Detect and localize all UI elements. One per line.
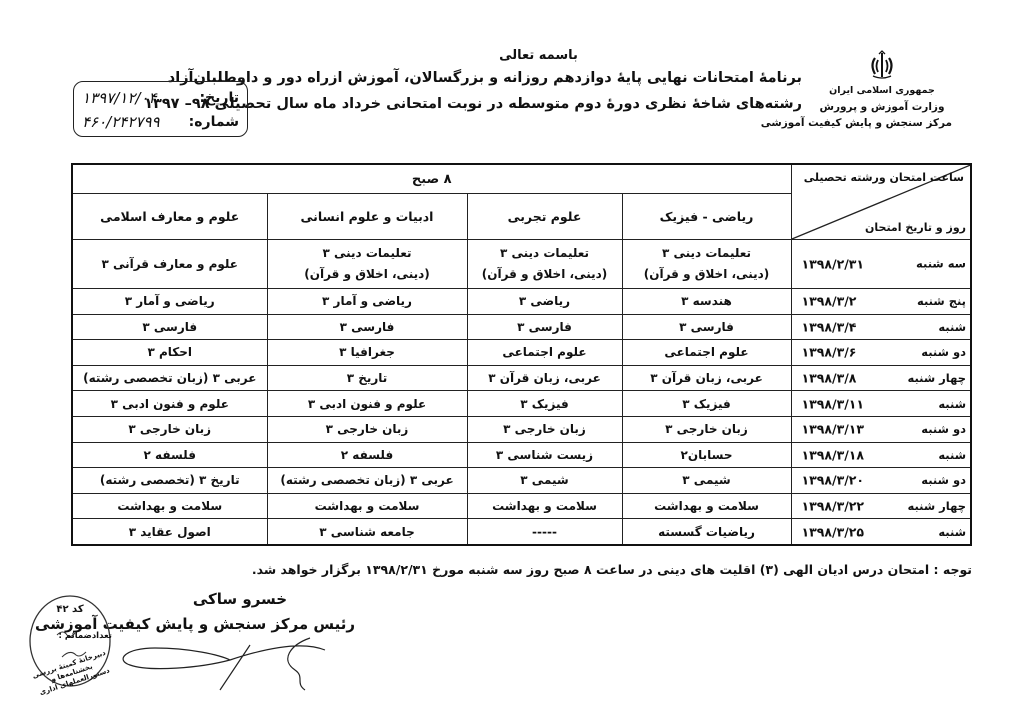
signature-scribble-icon [110,620,330,695]
date-value: ۱۳۹۷/۱۲/۰۴ [82,89,157,107]
iran-emblem-icon [869,50,895,80]
day-date-cell: دو شنبه ۱۳۹۸/۳/۱۳ [791,416,971,442]
number-value: ۴۶۰/۲۴۲۷۹۹ [82,113,160,131]
exam-day: شنبه [938,320,966,334]
table-row: شنبه ۱۳۹۸/۳/۴ فارسی ۳ فارسی ۳ فارسی ۳ فا… [72,314,971,340]
exam-day: دو شنبه [921,345,966,359]
day-date-cell: دو شنبه ۱۳۹۸/۳/۶ [791,340,971,366]
table-row: چهار شنبه ۱۳۹۸/۳/۲۲ سلامت و بهداشت سلامت… [72,493,971,519]
time-header: ۸ صبح [72,164,791,194]
exam-subject: اصول عقاید ۳ [72,519,267,545]
corner-header-bottom: روز و تاریخ امتحان [865,221,966,234]
column-header-humanities: ادبیات و علوم انسانی [267,194,467,240]
exam-subject: فیزیک ۳ [622,391,791,417]
exam-subject: فلسفه ۲ [267,442,467,468]
exam-subject: زبان خارجی ۳ [467,416,622,442]
exam-subject: علوم و فنون ادبی ۳ [267,391,467,417]
exam-subject: شیمی ۳ [467,468,622,494]
day-date-cell: دو شنبه ۱۳۹۸/۳/۲۰ [791,468,971,494]
table-row: دو شنبه ۱۳۹۸/۳/۶ علوم اجتماعی علوم اجتما… [72,340,971,366]
reference-box: تاریخ: ۱۳۹۷/۱۲/۰۴ شماره: ۴۶۰/۲۴۲۷۹۹ [73,81,248,137]
country-name: جمهوری اسلامی ایران [812,83,952,99]
number-label: شماره: [189,114,239,130]
day-date-cell: سه شنبه ۱۳۹۸/۲/۳۱ [791,240,971,289]
exam-subject: زیست شناسی ۳ [467,442,622,468]
exam-subject: ----- [467,519,622,545]
column-header-islamic-studies: علوم و معارف اسلامی [72,194,267,240]
exam-day: چهار شنبه [908,371,967,385]
exam-date: ۱۳۹۸/۳/۸ [802,371,857,386]
exam-subject: فارسی ۳ [72,314,267,340]
exam-day: شنبه [938,397,966,411]
exam-subject: عربی، زبان قرآن ۳ [622,365,791,391]
exam-subject: فلسفه ۲ [72,442,267,468]
day-date-cell: شنبه ۱۳۹۸/۳/۱۱ [791,391,971,417]
exam-subject: ریاضی و آمار ۳ [72,289,267,315]
exam-subject: حسابان۲ [622,442,791,468]
exam-date: ۱۳۹۸/۳/۲ [802,294,857,309]
exam-subject: علوم و معارف قرآنی ۳ [72,240,267,289]
exam-subject: سلامت و بهداشت [467,493,622,519]
exam-day: دو شنبه [921,473,966,487]
exam-date: ۱۳۹۸/۲/۳۱ [802,254,865,275]
exam-subject: جغرافیا ۳ [267,340,467,366]
exam-subject: هندسه ۳ [622,289,791,315]
ministry-emblem-block: جمهوری اسلامی ایران وزارت آموزش و پرورش … [812,50,952,131]
exam-subject: عربی ۳ (زبان تخصصی رشته) [267,468,467,494]
exam-date: ۱۳۹۸/۳/۲۵ [802,524,865,539]
exam-subject: زبان خارجی ۳ [622,416,791,442]
exam-subject: ریاضی و آمار ۳ [267,289,467,315]
table-row: سه شنبه ۱۳۹۸/۲/۳۱ تعلیمات دینی ۳(دینی، ا… [72,240,971,289]
exam-subject: احکام ۳ [72,340,267,366]
exam-subject: تاریخ ۳ (تخصصی رشته) [72,468,267,494]
exam-subject: زبان خارجی ۳ [72,416,267,442]
exam-subject: ریاضی ۳ [467,289,622,315]
stamp-code: کد ۴۲ [40,604,100,615]
document-title-line-1: برنامهٔ امتحانات نهایی پایهٔ دوازدهم روز… [262,70,802,86]
document-title-line-2: رشته‌های شاخهٔ نظری دورهٔ دوم متوسطه در … [262,96,802,112]
exam-subject: زبان خارجی ۳ [267,416,467,442]
exam-subject: جامعه شناسی ۳ [267,519,467,545]
exam-subject: شیمی ۳ [622,468,791,494]
exam-schedule-table: ساعت امتحان ورشته تحصیلی روز و تاریخ امت… [73,163,972,552]
exam-subject: سلامت و بهداشت [622,493,791,519]
corner-header-top: ساعت امتحان ورشته تحصیلی [804,171,964,184]
exam-day: چهار شنبه [908,499,967,513]
center-name: مرکز سنجش و پایش کیفیت آموزشی [812,115,952,131]
exam-subject: ریاضیات گسسته [622,519,791,545]
exam-subject: تعلیمات دینی ۳(دینی، اخلاق و قرآن) [267,240,467,289]
exam-day: دو شنبه [921,422,966,436]
exam-subject: عربی، زبان قرآن ۳ [467,365,622,391]
exam-subject: علوم و فنون ادبی ۳ [72,391,267,417]
exam-subject: علوم اجتماعی [467,340,622,366]
exam-day: پنج شنبه [917,294,966,308]
table-row: شنبه ۱۳۹۸/۳/۱۸ حسابان۲ زیست شناسی ۳ فلسف… [72,442,971,468]
exam-date: ۱۳۹۸/۳/۶ [802,345,857,360]
exam-subject: عربی ۳ (زبان تخصصی رشته) [72,365,267,391]
day-date-cell: شنبه ۱۳۹۸/۳/۲۵ [791,519,971,545]
exam-subject: فارسی ۳ [267,314,467,340]
column-header-math-physics: ریاضی - فیزیک [622,194,791,240]
exam-day: سه شنبه [916,254,966,275]
exam-date: ۱۳۹۸/۳/۱۳ [802,422,865,437]
exam-date: ۱۳۹۸/۳/۴ [802,319,857,334]
signatory-name: خسرو ساکی [170,590,310,608]
exam-subject: سلامت و بهداشت [267,493,467,519]
day-date-cell: شنبه ۱۳۹۸/۳/۱۸ [791,442,971,468]
table-row: دو شنبه ۱۳۹۸/۳/۱۳ زبان خارجی ۳ زبان خارج… [72,416,971,442]
exam-date: ۱۳۹۸/۳/۲۲ [802,499,865,514]
exam-subject: تعلیمات دینی ۳(دینی، اخلاق و قرآن) [622,240,791,289]
exam-subject: تاریخ ۳ [267,365,467,391]
ministry-name: وزارت آموزش و پرورش [812,99,952,115]
table-row: دو شنبه ۱۳۹۸/۳/۲۰ شیمی ۳ شیمی ۳ عربی ۳ (… [72,468,971,494]
exam-subject: فیزیک ۳ [467,391,622,417]
exam-date: ۱۳۹۸/۳/۲۰ [802,473,865,488]
day-date-cell: شنبه ۱۳۹۸/۳/۴ [791,314,971,340]
day-date-cell: چهار شنبه ۱۳۹۸/۳/۸ [791,365,971,391]
exam-subject: فارسی ۳ [622,314,791,340]
exam-date: ۱۳۹۸/۳/۱۱ [802,396,865,411]
day-date-cell: چهار شنبه ۱۳۹۸/۳/۲۲ [791,493,971,519]
exam-subject: فارسی ۳ [467,314,622,340]
exam-date: ۱۳۹۸/۳/۱۸ [802,447,865,462]
exam-day: شنبه [938,448,966,462]
exam-subject: علوم اجتماعی [622,340,791,366]
stamp-attachments-label: تعدادضمائم : [38,631,112,641]
corner-header-cell: ساعت امتحان ورشته تحصیلی روز و تاریخ امت… [791,164,971,240]
exam-day: شنبه [938,525,966,539]
table-row: پنج شنبه ۱۳۹۸/۳/۲ هندسه ۳ ریاضی ۳ ریاضی … [72,289,971,315]
day-date-cell: پنج شنبه ۱۳۹۸/۳/۲ [791,289,971,315]
footnote: توجه : امتحان درس ادیان الهی (۳) اقلیت ه… [360,562,972,577]
date-label: تاریخ: [199,90,239,106]
column-header-experimental-sciences: علوم تجربی [467,194,622,240]
table-row: شنبه ۱۳۹۸/۳/۱۱ فیزیک ۳ فیزیک ۳ علوم و فن… [72,391,971,417]
table-row: چهار شنبه ۱۳۹۸/۳/۸ عربی، زبان قرآن ۳ عرب… [72,365,971,391]
exam-subject: تعلیمات دینی ۳(دینی، اخلاق و قرآن) [467,240,622,289]
exam-subject: سلامت و بهداشت [72,493,267,519]
table-row: شنبه ۱۳۹۸/۳/۲۵ ریاضیات گسسته ----- جامعه… [72,519,971,545]
